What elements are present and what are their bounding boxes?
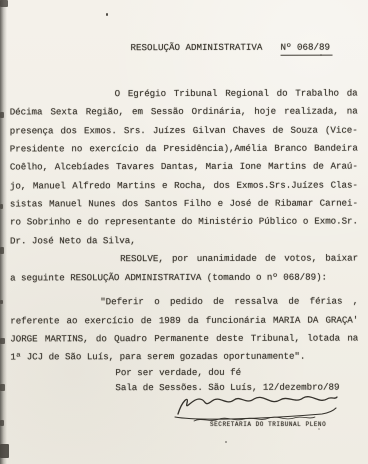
doc-line: Décima Sexta Região, em Sessão Ordinária… [10, 106, 358, 122]
doc-line: Por ser verdade, dou fé [10, 366, 358, 382]
document-title: RESOLUÇÃO ADMINISTRATIVA [131, 42, 263, 53]
doc-line: Coêlho, Alcebíades Tavares Dantas, Maria… [10, 161, 358, 177]
doc-line: O Egrégio Tribunal Regional do Trabalho … [10, 88, 358, 104]
doc-line: JORGE MARTINS, do Quadro Permanente dest… [10, 332, 358, 348]
doc-line: a seguinte RESOLUÇÃO ADMINISTRATIVA (tom… [10, 271, 358, 287]
resolution-number: Nº 068/89 [281, 42, 333, 56]
doc-line: jo, Manuel Alfredo Martins e Rocha, dos … [10, 179, 358, 195]
doc-line: sistas Manuel Nunes dos Santos Filho e J… [10, 198, 358, 214]
doc-line: "Deferir o pedido de ressalva de férias … [10, 296, 358, 312]
doc-line: RESOLVE, por unanimidade de votos, baixa… [10, 253, 358, 269]
doc-line: referente ao exercício de 1989 da funcio… [10, 314, 358, 330]
doc-line: presença dos Exmos. Srs. Juízes Gilvan C… [10, 124, 358, 140]
doc-line: Presidente no exercício da Presidência),… [10, 143, 358, 159]
doc-line: 1ª JCJ de São Luís, para serem gozadas o… [10, 350, 358, 366]
signature-caption: SECRETARIA DO TRIBUNAL PLENO [210, 421, 326, 428]
document-page: RESOLUÇÃO ADMINISTRATIVA Nº 068/89 O Egr… [0, 0, 368, 464]
doc-line: ro Sobrinho e do representante do Minist… [10, 216, 358, 232]
doc-line: Dr. José Neto da Silva, [10, 234, 358, 250]
